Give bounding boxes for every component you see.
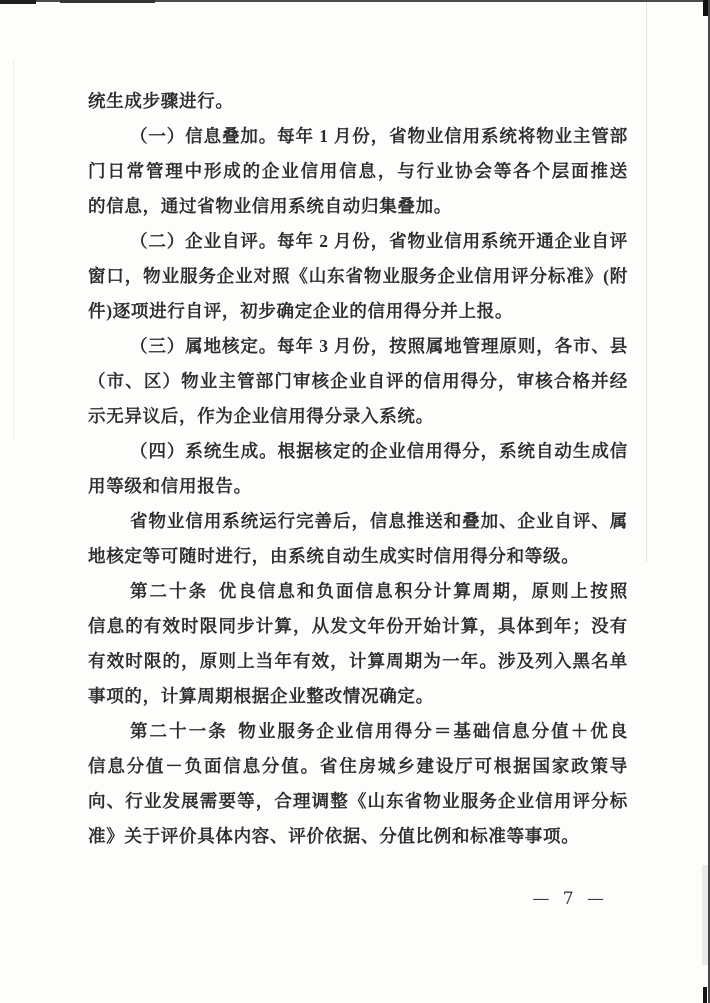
body-text: 统生成步骤进行。（一）信息叠加。每年 1 月份，省物业信用系统将物业主管部门日常… [88, 84, 628, 854]
scan-smudge [702, 865, 708, 965]
text-line: （一）信息叠加。每年 1 月份，省物业信用系统将物业主管部 [88, 119, 628, 154]
text-line: 第二十一条物业服务企业信用得分＝基础信息分值＋优良 [88, 714, 628, 749]
scan-mark-bottom-right [703, 987, 707, 1003]
text-line: 示无异议后，作为企业信用得分录入系统。 [88, 399, 628, 434]
text-line: （四）系统生成。根据核定的企业信用得分，系统自动生成信 [88, 434, 628, 469]
text-line: （市、区）物业主管部门审核企业自评的信用得分，审核合格并经公 [88, 364, 628, 399]
article-number: 第二十条 [130, 581, 208, 601]
text-line: 信息分值－负面信息分值。省住房城乡建设厅可根据国家政策导 [88, 749, 628, 784]
scan-mark-top-left [0, 0, 36, 4]
text-line: 的信息，通过省物业信用系统自动归集叠加。 [88, 189, 628, 224]
text-line: 用等级和信用报告。 [88, 469, 628, 504]
text-line: （三）属地核定。每年 3 月份，按照属地管理原则，各市、县 [88, 329, 628, 364]
text-line: 第二十条优良信息和负面信息积分计算周期，原则上按照 [88, 574, 628, 609]
text-line: 信息的有效时限同步计算，从发文年份开始计算，具体到年；没有 [88, 609, 628, 644]
text-line: 有效时限的，原则上当年有效，计算周期为一年。涉及列入黑名单 [88, 644, 628, 679]
scan-mark-top-mid [60, 0, 155, 3]
article-number: 第二十一条 [130, 721, 228, 741]
text-line: 件)逐项进行自评，初步确定企业的信用得分并上报。 [88, 294, 628, 329]
page-number: — 7 — [532, 889, 608, 909]
text-line: 统生成步骤进行。 [88, 84, 628, 119]
text-line: 事项的，计算周期根据企业整改情况确定。 [88, 679, 628, 714]
document-page: 统生成步骤进行。（一）信息叠加。每年 1 月份，省物业信用系统将物业主管部门日常… [0, 0, 710, 1003]
text-line: 向、行业发展需要等，合理调整《山东省物业服务企业信用评分标 [88, 784, 628, 819]
text-line: 门日常管理中形成的企业信用信息，与行业协会等各个层面推送 [88, 154, 628, 189]
text-line: 准》关于评价具体内容、评价依据、分值比例和标准等事项。 [88, 819, 628, 854]
scan-fold-line [646, 2, 647, 562]
text-line: （二）企业自评。每年 2 月份，省物业信用系统开通企业自评 [88, 224, 628, 259]
text-line: 地核定等可随时进行，由系统自动生成实时信用得分和等级。 [88, 539, 628, 574]
scan-fold-line-left [13, 60, 14, 440]
text-line: 省物业信用系统运行完善后，信息推送和叠加、企业自评、属 [88, 504, 628, 539]
text-line: 窗口，物业服务企业对照《山东省物业服务企业信用评分标准》(附 [88, 259, 628, 294]
